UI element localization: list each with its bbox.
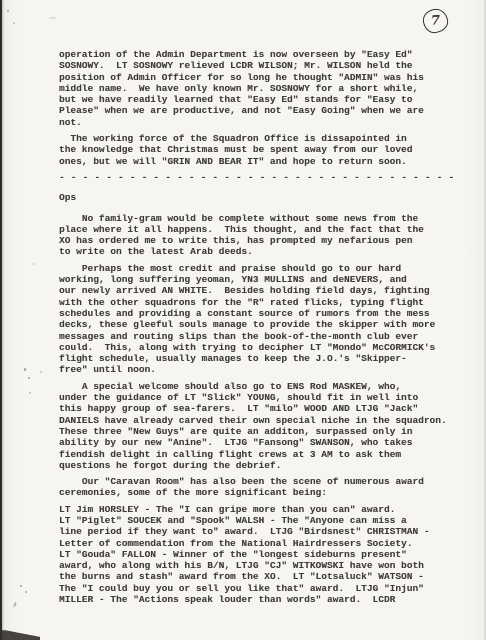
document-text: operation of the Admin Department is now… — [59, 49, 473, 610]
scanned-page: 7 operation of the Admin Department is n… — [0, 0, 486, 640]
scan-speck — [40, 371, 42, 373]
page-number-badge: 7 — [422, 8, 450, 35]
paragraph-new-arrivals: A special welcome should also go to ENS … — [59, 381, 473, 471]
paragraph-yeomen: Perhaps the most credit and praise shoul… — [59, 263, 473, 376]
bottom-left-corner-shadow — [0, 626, 40, 640]
scan-speck — [29, 392, 31, 394]
section-heading-ops: Ops — [59, 192, 473, 203]
scan-speck — [13, 22, 15, 24]
scan-speck — [13, 602, 17, 607]
dashed-separator: - - - - - - - - - - - - - - - - - - - - … — [59, 172, 473, 183]
page-number: 7 — [431, 13, 441, 28]
paragraph-family-gram: No family-gram would be complete without… — [59, 213, 473, 258]
paragraph-awards-list: LT Jim HORSLEY - The "I can gripe more t… — [59, 504, 473, 606]
scan-speck — [24, 368, 26, 371]
scan-speck — [28, 377, 30, 379]
paragraph-caravan-room: Our "Caravan Room" has also been the sce… — [59, 476, 473, 499]
scan-speck — [33, 263, 35, 265]
scan-speck — [20, 585, 22, 587]
paragraph-squadron-office: The working force of the Squadron Office… — [59, 133, 473, 167]
scan-speck — [7, 10, 9, 12]
scan-speck — [25, 591, 27, 593]
page-left-edge-shadow — [0, 0, 2, 640]
paragraph-admin-dept: operation of the Admin Department is now… — [59, 49, 473, 128]
scan-speck — [49, 17, 56, 19]
